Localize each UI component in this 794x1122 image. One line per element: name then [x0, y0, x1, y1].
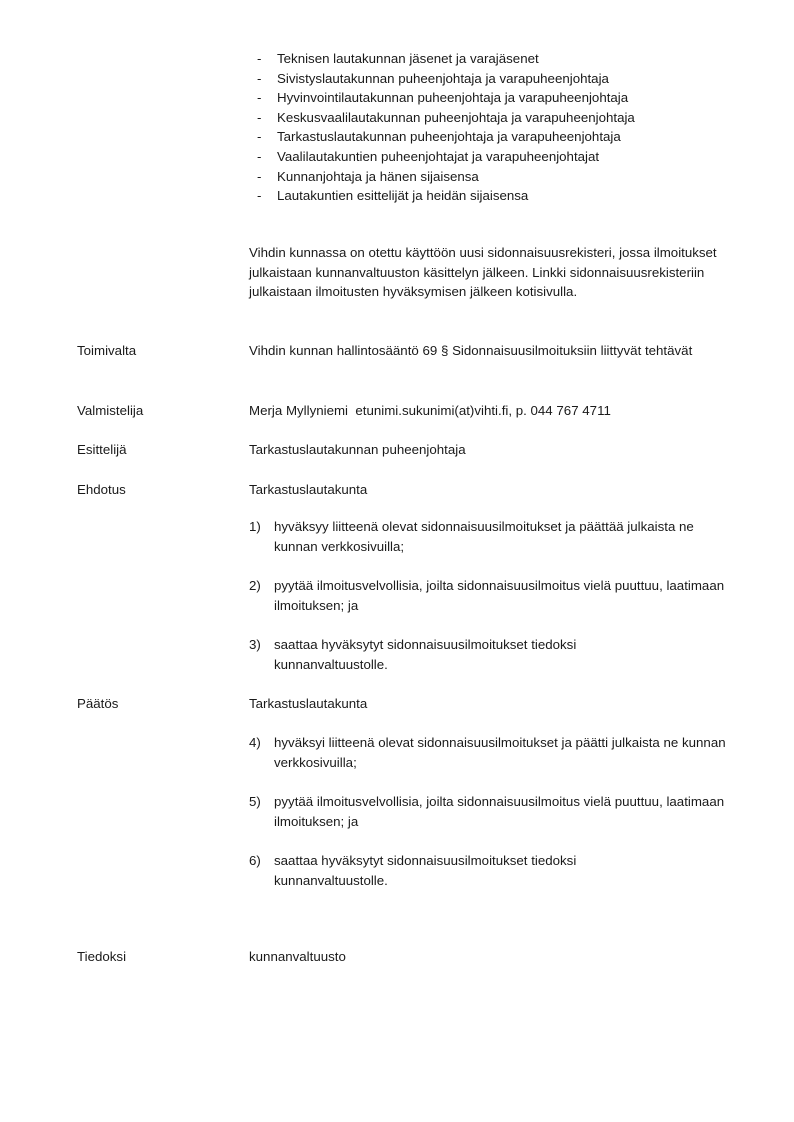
tiedoksi-value: kunnanvaltuusto: [249, 947, 739, 967]
bullet-marker: -: [257, 49, 277, 69]
bullet-marker: -: [257, 147, 277, 167]
list-item-text: Kunnanjohtaja ja hänen sijaisensa: [277, 167, 479, 187]
decision-item: 4) hyväksyi liitteenä olevat sidonnaisuu…: [249, 733, 739, 772]
decision-item: 5) pyytää ilmoitusvelvollisia, joilta si…: [249, 792, 739, 831]
proposal-item: 1) hyväksyy liitteenä olevat sidonnaisuu…: [249, 517, 739, 556]
bullet-marker: -: [257, 69, 277, 89]
list-item-text: Vaalilautakuntien puheenjohtajat ja vara…: [277, 147, 599, 167]
paatos-value: Tarkastuslautakunta: [249, 694, 739, 714]
list-item: -Vaalilautakuntien puheenjohtajat ja var…: [257, 147, 635, 167]
ehdotus-label: Ehdotus: [77, 480, 126, 500]
item-text: hyväksyi liitteenä olevat sidonnaisuusil…: [274, 733, 739, 772]
toimivalta-value: Vihdin kunnan hallintosääntö 69 § Sidonn…: [249, 341, 719, 361]
item-text: hyväksyy liitteenä olevat sidonnaisuusil…: [274, 517, 739, 556]
member-bullet-list: -Teknisen lautakunnan jäsenet ja varajäs…: [257, 49, 635, 206]
item-text: pyytää ilmoitusvelvollisia, joilta sidon…: [274, 576, 739, 615]
valmistelija-value: Merja Myllyniemi etunimi.sukunimi(at)vih…: [249, 401, 739, 421]
item-number: 4): [249, 733, 261, 753]
list-item-text: Sivistyslautakunnan puheenjohtaja ja var…: [277, 69, 609, 89]
bullet-marker: -: [257, 167, 277, 187]
list-item: -Sivistyslautakunnan puheenjohtaja ja va…: [257, 69, 635, 89]
esittelija-value: Tarkastuslautakunnan puheenjohtaja: [249, 440, 739, 460]
item-number: 6): [249, 851, 261, 871]
item-text: saattaa hyväksytyt sidonnaisuusilmoituks…: [274, 635, 654, 674]
item-number: 5): [249, 792, 261, 812]
valmistelija-label: Valmistelija: [77, 401, 143, 421]
paatos-label: Päätös: [77, 694, 118, 714]
bullet-marker: -: [257, 108, 277, 128]
item-number: 2): [249, 576, 261, 596]
proposal-item: 2) pyytää ilmoitusvelvollisia, joilta si…: [249, 576, 739, 615]
list-item-text: Keskusvaalilautakunnan puheenjohtaja ja …: [277, 108, 635, 128]
toimivalta-label: Toimivalta: [77, 341, 136, 361]
intro-paragraph: Vihdin kunnassa on otettu käyttöön uusi …: [249, 243, 719, 302]
item-text: saattaa hyväksytyt sidonnaisuusilmoituks…: [274, 851, 654, 890]
tiedoksi-label: Tiedoksi: [77, 947, 126, 967]
item-text: pyytää ilmoitusvelvollisia, joilta sidon…: [274, 792, 739, 831]
item-number: 1): [249, 517, 261, 537]
list-item-text: Lautakuntien esittelijät ja heidän sijai…: [277, 186, 528, 206]
proposal-item: 3) saattaa hyväksytyt sidonnaisuusilmoit…: [249, 635, 739, 674]
list-item: -Teknisen lautakunnan jäsenet ja varajäs…: [257, 49, 635, 69]
list-item-text: Tarkastuslautakunnan puheenjohtaja ja va…: [277, 127, 621, 147]
bullet-marker: -: [257, 88, 277, 108]
list-item: -Hyvinvointilautakunnan puheenjohtaja ja…: [257, 88, 635, 108]
bullet-marker: -: [257, 127, 277, 147]
list-item: -Lautakuntien esittelijät ja heidän sija…: [257, 186, 635, 206]
decision-item: 6) saattaa hyväksytyt sidonnaisuusilmoit…: [249, 851, 739, 890]
list-item: -Tarkastuslautakunnan puheenjohtaja ja v…: [257, 127, 635, 147]
list-item-text: Teknisen lautakunnan jäsenet ja varajäse…: [277, 49, 539, 69]
item-number: 3): [249, 635, 261, 655]
list-item-text: Hyvinvointilautakunnan puheenjohtaja ja …: [277, 88, 628, 108]
bullet-marker: -: [257, 186, 277, 206]
list-item: -Keskusvaalilautakunnan puheenjohtaja ja…: [257, 108, 635, 128]
esittelija-label: Esittelijä: [77, 440, 127, 460]
ehdotus-value: Tarkastuslautakunta: [249, 480, 739, 500]
list-item: -Kunnanjohtaja ja hänen sijaisensa: [257, 167, 635, 187]
